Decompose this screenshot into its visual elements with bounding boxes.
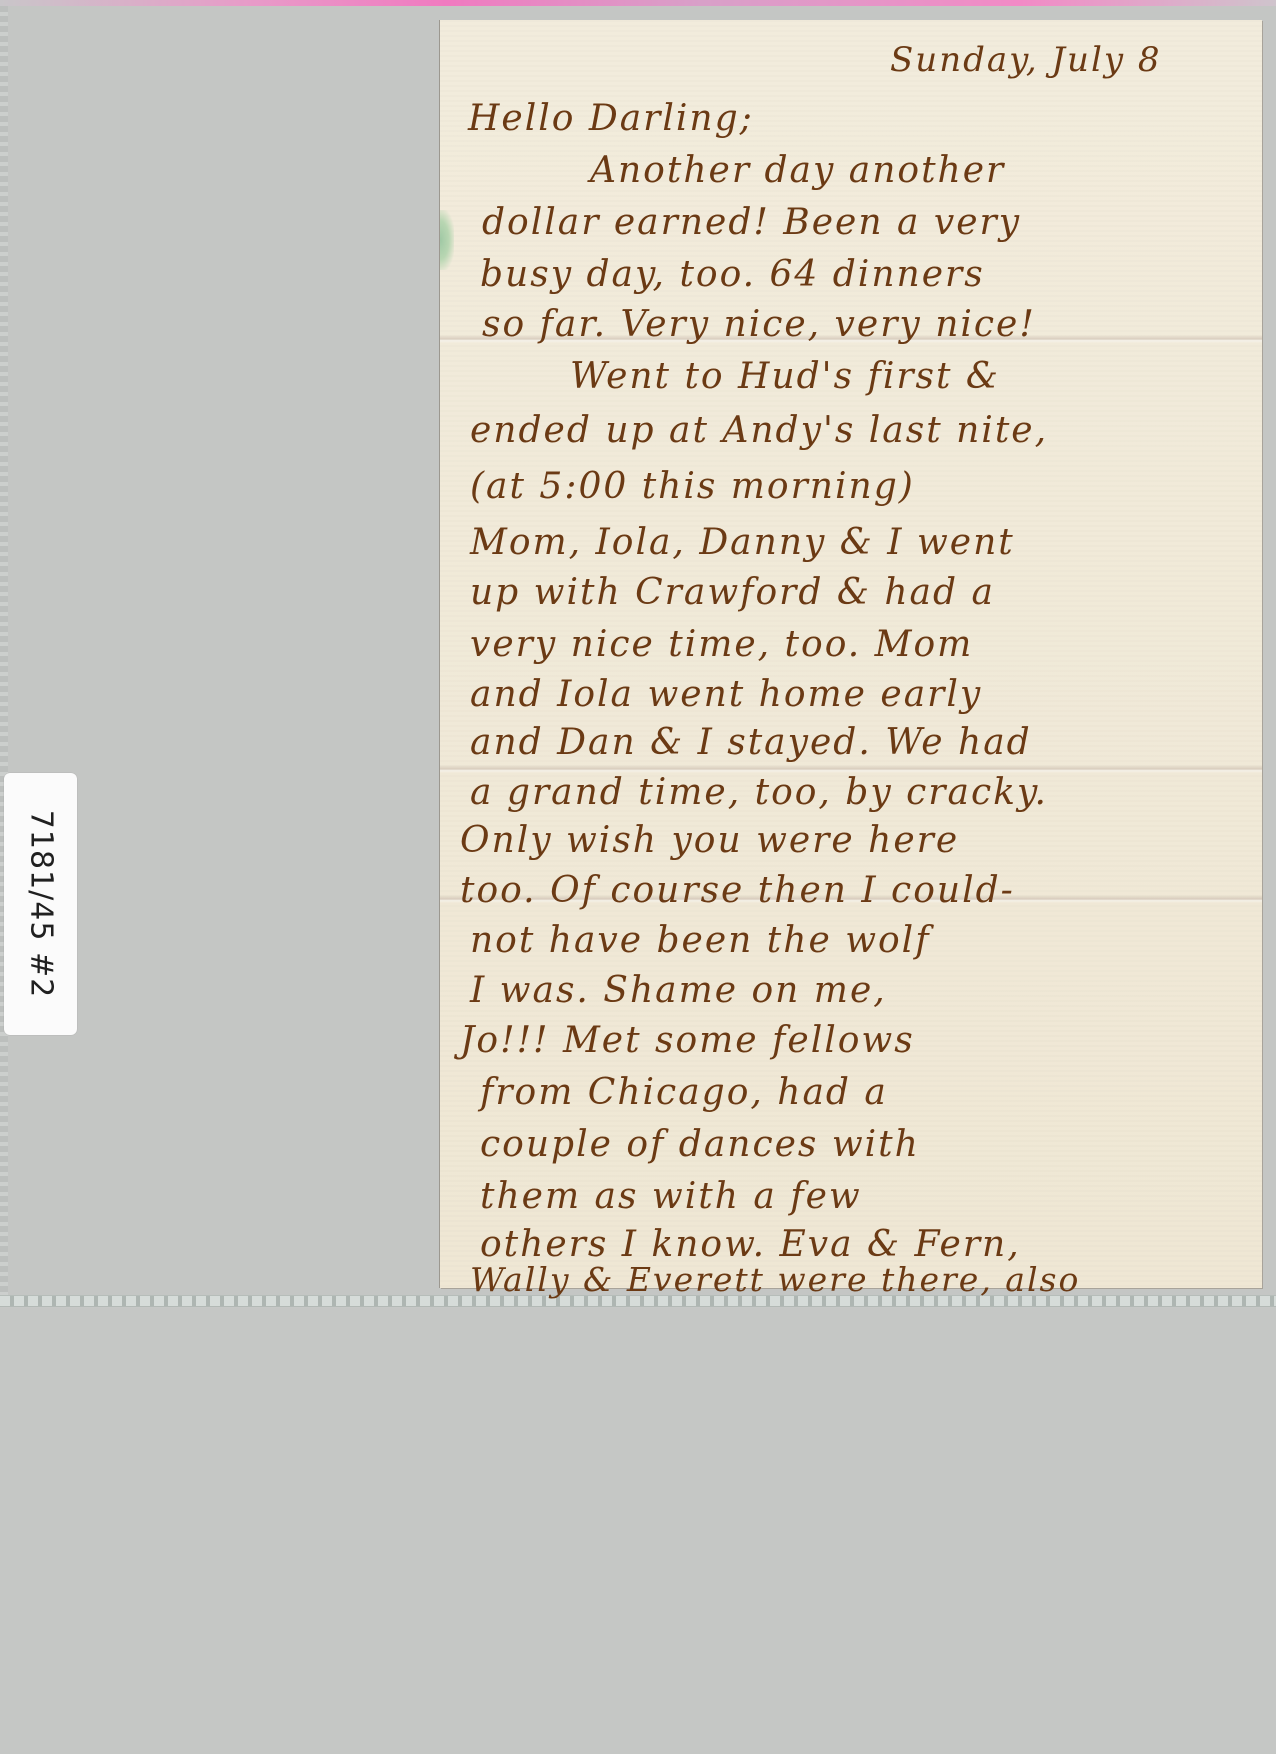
letter-line: from Chicago, had a <box>480 1072 888 1113</box>
letter-line: Only wish you were here <box>460 820 959 861</box>
letter-line: not have been the wolf <box>470 920 931 961</box>
letter-line: Went to Hud's first & <box>570 356 1000 397</box>
letter-line: too. Of course then I could- <box>460 870 1015 911</box>
letter-line: (at 5:00 this morning) <box>470 466 915 507</box>
letter-line: Another day another <box>590 150 1005 191</box>
letter-line: I was. Shame on me, <box>470 970 887 1011</box>
green-stain <box>440 210 454 270</box>
handwritten-letter-page: Sunday, July 8 Hello Darling; Another da… <box>440 20 1262 1288</box>
letter-line: others I know. Eva & Fern, <box>480 1224 1021 1265</box>
letter-line: a grand time, too, by cracky. <box>470 772 1048 813</box>
letter-line: Mom, Iola, Danny & I went <box>470 522 1015 563</box>
letter-line: very nice time, too. Mom <box>470 624 973 665</box>
archive-label-text: 7181/45 #2 <box>23 810 58 998</box>
letter-salutation: Hello Darling; <box>468 98 754 139</box>
letter-line: dollar earned! Been a very <box>482 202 1021 243</box>
archive-label-tab: 7181/45 #2 <box>4 773 77 1035</box>
letter-line: and Dan & I stayed. We had <box>470 722 1032 763</box>
letter-line: and Iola went home early <box>470 674 982 715</box>
letter-line: Jo!!! Met some fellows <box>460 1020 915 1061</box>
letter-line: up with Crawford & had a <box>470 572 995 613</box>
letter-line: busy day, too. 64 dinners <box>480 254 985 295</box>
scan-background <box>0 1308 1276 1754</box>
letter-line: Wally & Everett were there, also <box>470 1260 1080 1299</box>
letter-line: so far. Very nice, very nice! <box>482 304 1036 345</box>
letter-line: them as with a few <box>480 1176 862 1217</box>
sleeve-binding-edge <box>0 6 8 1306</box>
letter-line: ended up at Andy's last nite, <box>470 410 1048 451</box>
letter-date: Sunday, July 8 <box>890 40 1161 80</box>
letter-line: couple of dances with <box>480 1124 920 1165</box>
